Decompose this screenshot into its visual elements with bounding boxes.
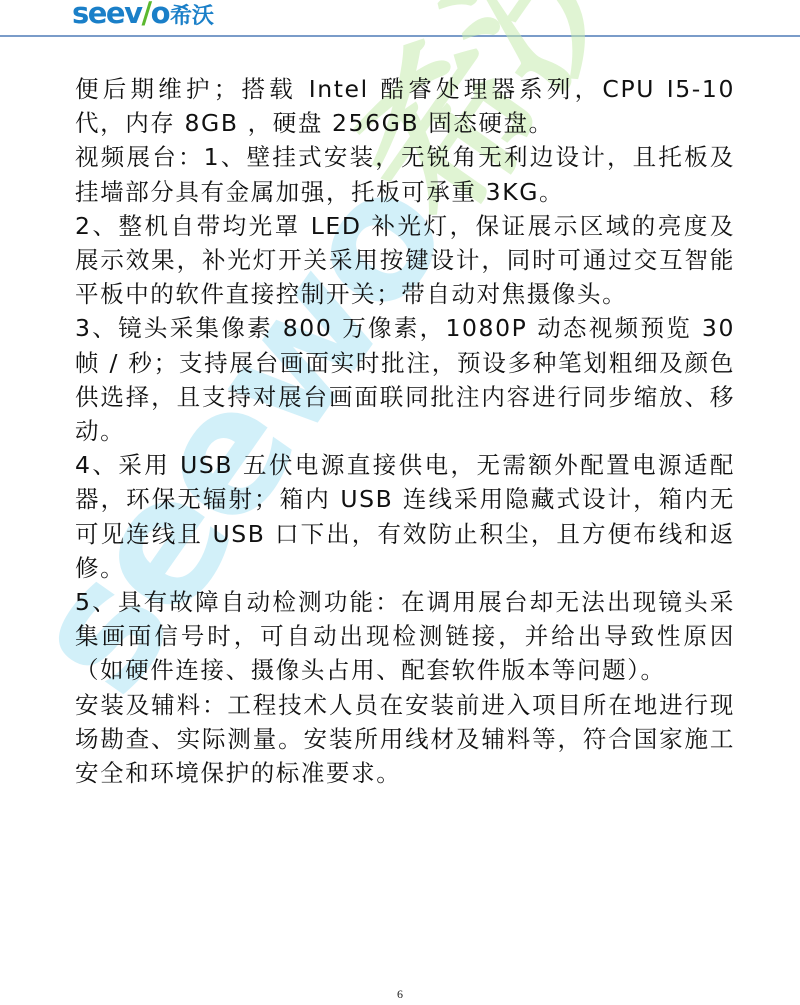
paragraph-video-presenter-5: 5、具有故障自动检测功能：在调用展台却无法出现镜头采集画面信号时，可自动出现检测…	[75, 585, 735, 688]
logo-chinese: 希沃	[170, 2, 214, 32]
page-number: 6	[0, 987, 800, 1002]
paragraph-video-presenter-3: 3、镜头采集像素 800 万像素，1080P 动态视频预览 30 帧 / 秒；支…	[75, 311, 735, 448]
logo-wordmark: seev/o	[72, 0, 169, 28]
paragraph-video-presenter-1: 视频展台：1、壁挂式安装，无锐角无利边设计，且托板及挂墙部分具有金属加强，托板可…	[75, 140, 735, 208]
seewo-logo: seev/o 希沃	[72, 0, 214, 28]
paragraph-video-presenter-4: 4、采用 USB 五伏电源直接供电，无需额外配置电源适配器，环保无辐射；箱内 U…	[75, 448, 735, 585]
logo-latin-suffix: o	[151, 0, 169, 30]
paragraph-hardware-spec: 便后期维护；搭载 Intel 酷睿处理器系列，CPU I5-10 代，内存 8G…	[75, 72, 735, 140]
paragraph-installation: 安装及辅料：工程技术人员在安装前进入项目所在地进行现场勘查、实际测量。安装所用线…	[75, 688, 735, 791]
logo-w-accent: /	[142, 0, 151, 30]
page-header: seev/o 希沃	[0, 0, 800, 36]
paragraph-video-presenter-2: 2、整机自带均光罩 LED 补光灯，保证展示区域的亮度及展示效果，补光灯开关采用…	[75, 209, 735, 312]
document-body: 便后期维护；搭载 Intel 酷睿处理器系列，CPU I5-10 代，内存 8G…	[75, 72, 735, 790]
header-divider	[0, 35, 800, 37]
logo-latin-prefix: seev	[72, 0, 142, 30]
